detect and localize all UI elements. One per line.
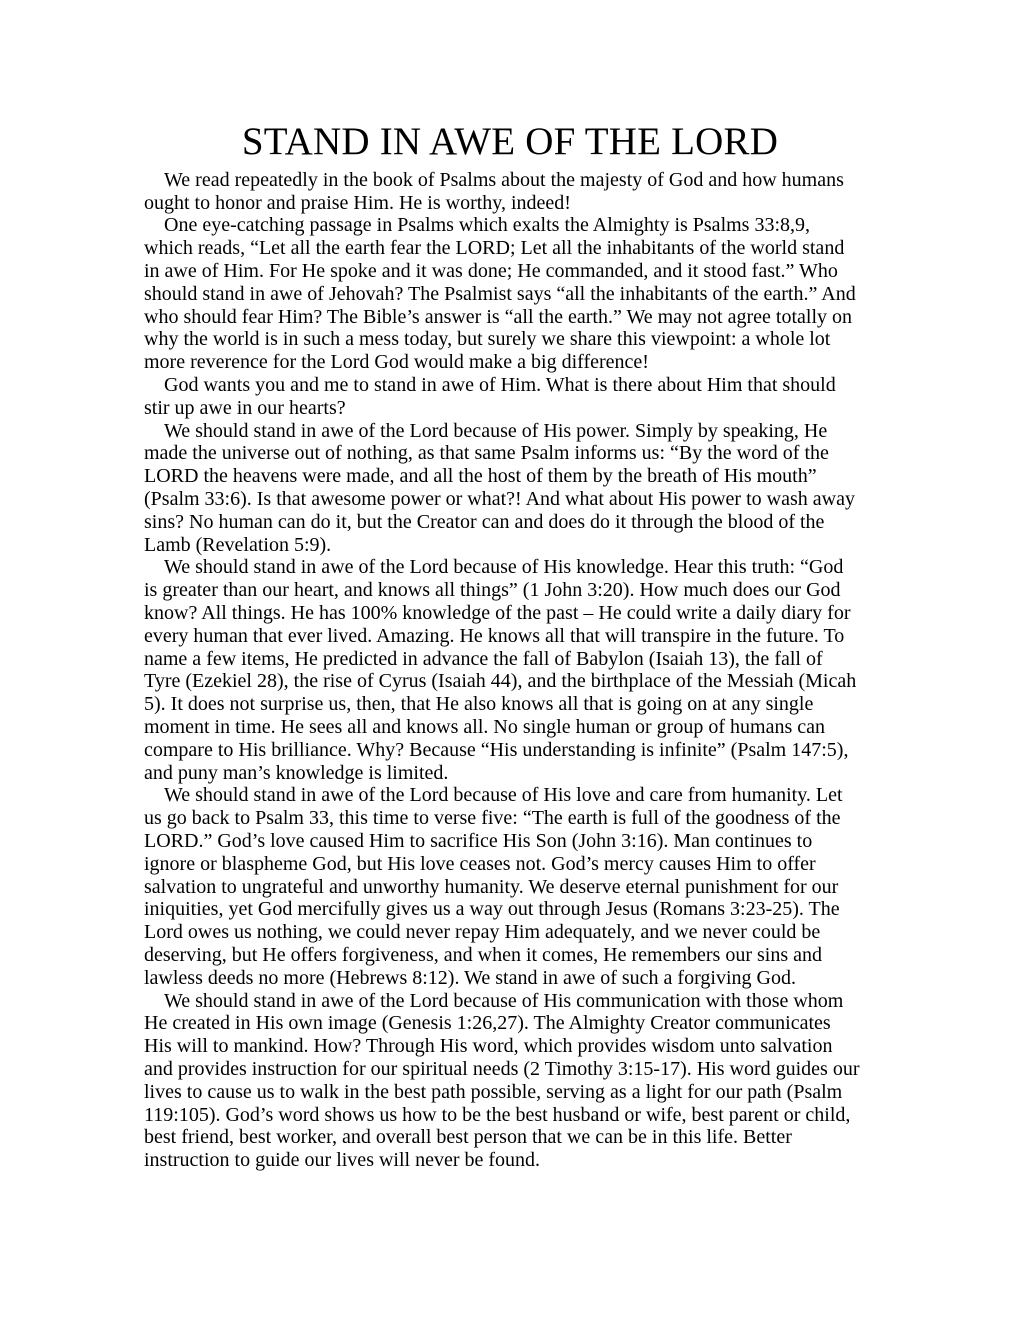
text-line: 119:105). God’s word shows us how to be … — [144, 1104, 884, 1127]
text-line: best friend, best worker, and overall be… — [144, 1126, 884, 1149]
paragraph: We should stand in awe of the Lord becau… — [144, 420, 884, 557]
text-line: every human that ever lived. Amazing. He… — [144, 625, 884, 648]
text-line: know? All things. He has 100% knowledge … — [144, 602, 884, 625]
text-line: why the world is in such a mess today, b… — [144, 328, 884, 351]
text-line: iniquities, yet God mercifully gives us … — [144, 898, 884, 921]
document-body: We read repeatedly in the book of Psalms… — [144, 169, 884, 1172]
document-title: STAND IN AWE OF THE LORD — [0, 0, 1020, 165]
text-line: lawless deeds no more (Hebrews 8:12). We… — [144, 967, 884, 990]
text-line: should stand in awe of Jehovah? The Psal… — [144, 283, 884, 306]
text-line: We should stand in awe of the Lord becau… — [144, 420, 884, 443]
text-line: which reads, “Let all the earth fear the… — [144, 237, 884, 260]
text-line: 5). It does not surprise us, then, that … — [144, 693, 884, 716]
text-line: One eye-catching passage in Psalms which… — [144, 214, 884, 237]
text-line: made the universe out of nothing, as tha… — [144, 442, 884, 465]
paragraph: We should stand in awe of the Lord becau… — [144, 556, 884, 784]
text-line: He created in His own image (Genesis 1:2… — [144, 1012, 884, 1035]
text-line: is greater than our heart, and knows all… — [144, 579, 884, 602]
text-line: instruction to guide our lives will neve… — [144, 1149, 884, 1172]
text-line: stir up awe in our hearts? — [144, 397, 884, 420]
text-line: We should stand in awe of the Lord becau… — [144, 990, 884, 1013]
text-line: ought to honor and praise Him. He is wor… — [144, 192, 884, 215]
text-line: and provides instruction for our spiritu… — [144, 1058, 884, 1081]
text-line: (Psalm 33:6). Is that awesome power or w… — [144, 488, 884, 511]
paragraph: We should stand in awe of the Lord becau… — [144, 784, 884, 989]
document-page: STAND IN AWE OF THE LORD We read repeate… — [0, 0, 1020, 1320]
text-line: Lord owes us nothing, we could never rep… — [144, 921, 884, 944]
text-line: lives to cause us to walk in the best pa… — [144, 1081, 884, 1104]
text-line: us go back to Psalm 33, this time to ver… — [144, 807, 884, 830]
text-line: We should stand in awe of the Lord becau… — [144, 784, 884, 807]
text-line: We should stand in awe of the Lord becau… — [144, 556, 884, 579]
text-line: Lamb (Revelation 5:9). — [144, 534, 884, 557]
text-line: who should fear Him? The Bible’s answer … — [144, 306, 884, 329]
text-line: LORD.” God’s love caused Him to sacrific… — [144, 830, 884, 853]
paragraph: One eye-catching passage in Psalms which… — [144, 214, 884, 374]
text-line: Tyre (Ezekiel 28), the rise of Cyrus (Is… — [144, 670, 884, 693]
text-line: more reverence for the Lord God would ma… — [144, 351, 884, 374]
text-line: name a few items, He predicted in advanc… — [144, 648, 884, 671]
paragraph: We read repeatedly in the book of Psalms… — [144, 169, 884, 215]
text-line: salvation to ungrateful and unworthy hum… — [144, 876, 884, 899]
paragraph: We should stand in awe of the Lord becau… — [144, 990, 884, 1172]
text-line: God wants you and me to stand in awe of … — [144, 374, 884, 397]
text-line: in awe of Him. For He spoke and it was d… — [144, 260, 884, 283]
text-line: compare to His brilliance. Why? Because … — [144, 739, 884, 762]
text-line: sins? No human can do it, but the Creato… — [144, 511, 884, 534]
text-line: ignore or blaspheme God, but His love ce… — [144, 853, 884, 876]
text-line: LORD the heavens were made, and all the … — [144, 465, 884, 488]
text-line: We read repeatedly in the book of Psalms… — [144, 169, 884, 192]
text-line: and puny man’s knowledge is limited. — [144, 762, 884, 785]
text-line: deserving, but He offers forgiveness, an… — [144, 944, 884, 967]
text-line: His will to mankind. How? Through His wo… — [144, 1035, 884, 1058]
text-line: moment in time. He sees all and knows al… — [144, 716, 884, 739]
paragraph: God wants you and me to stand in awe of … — [144, 374, 884, 420]
